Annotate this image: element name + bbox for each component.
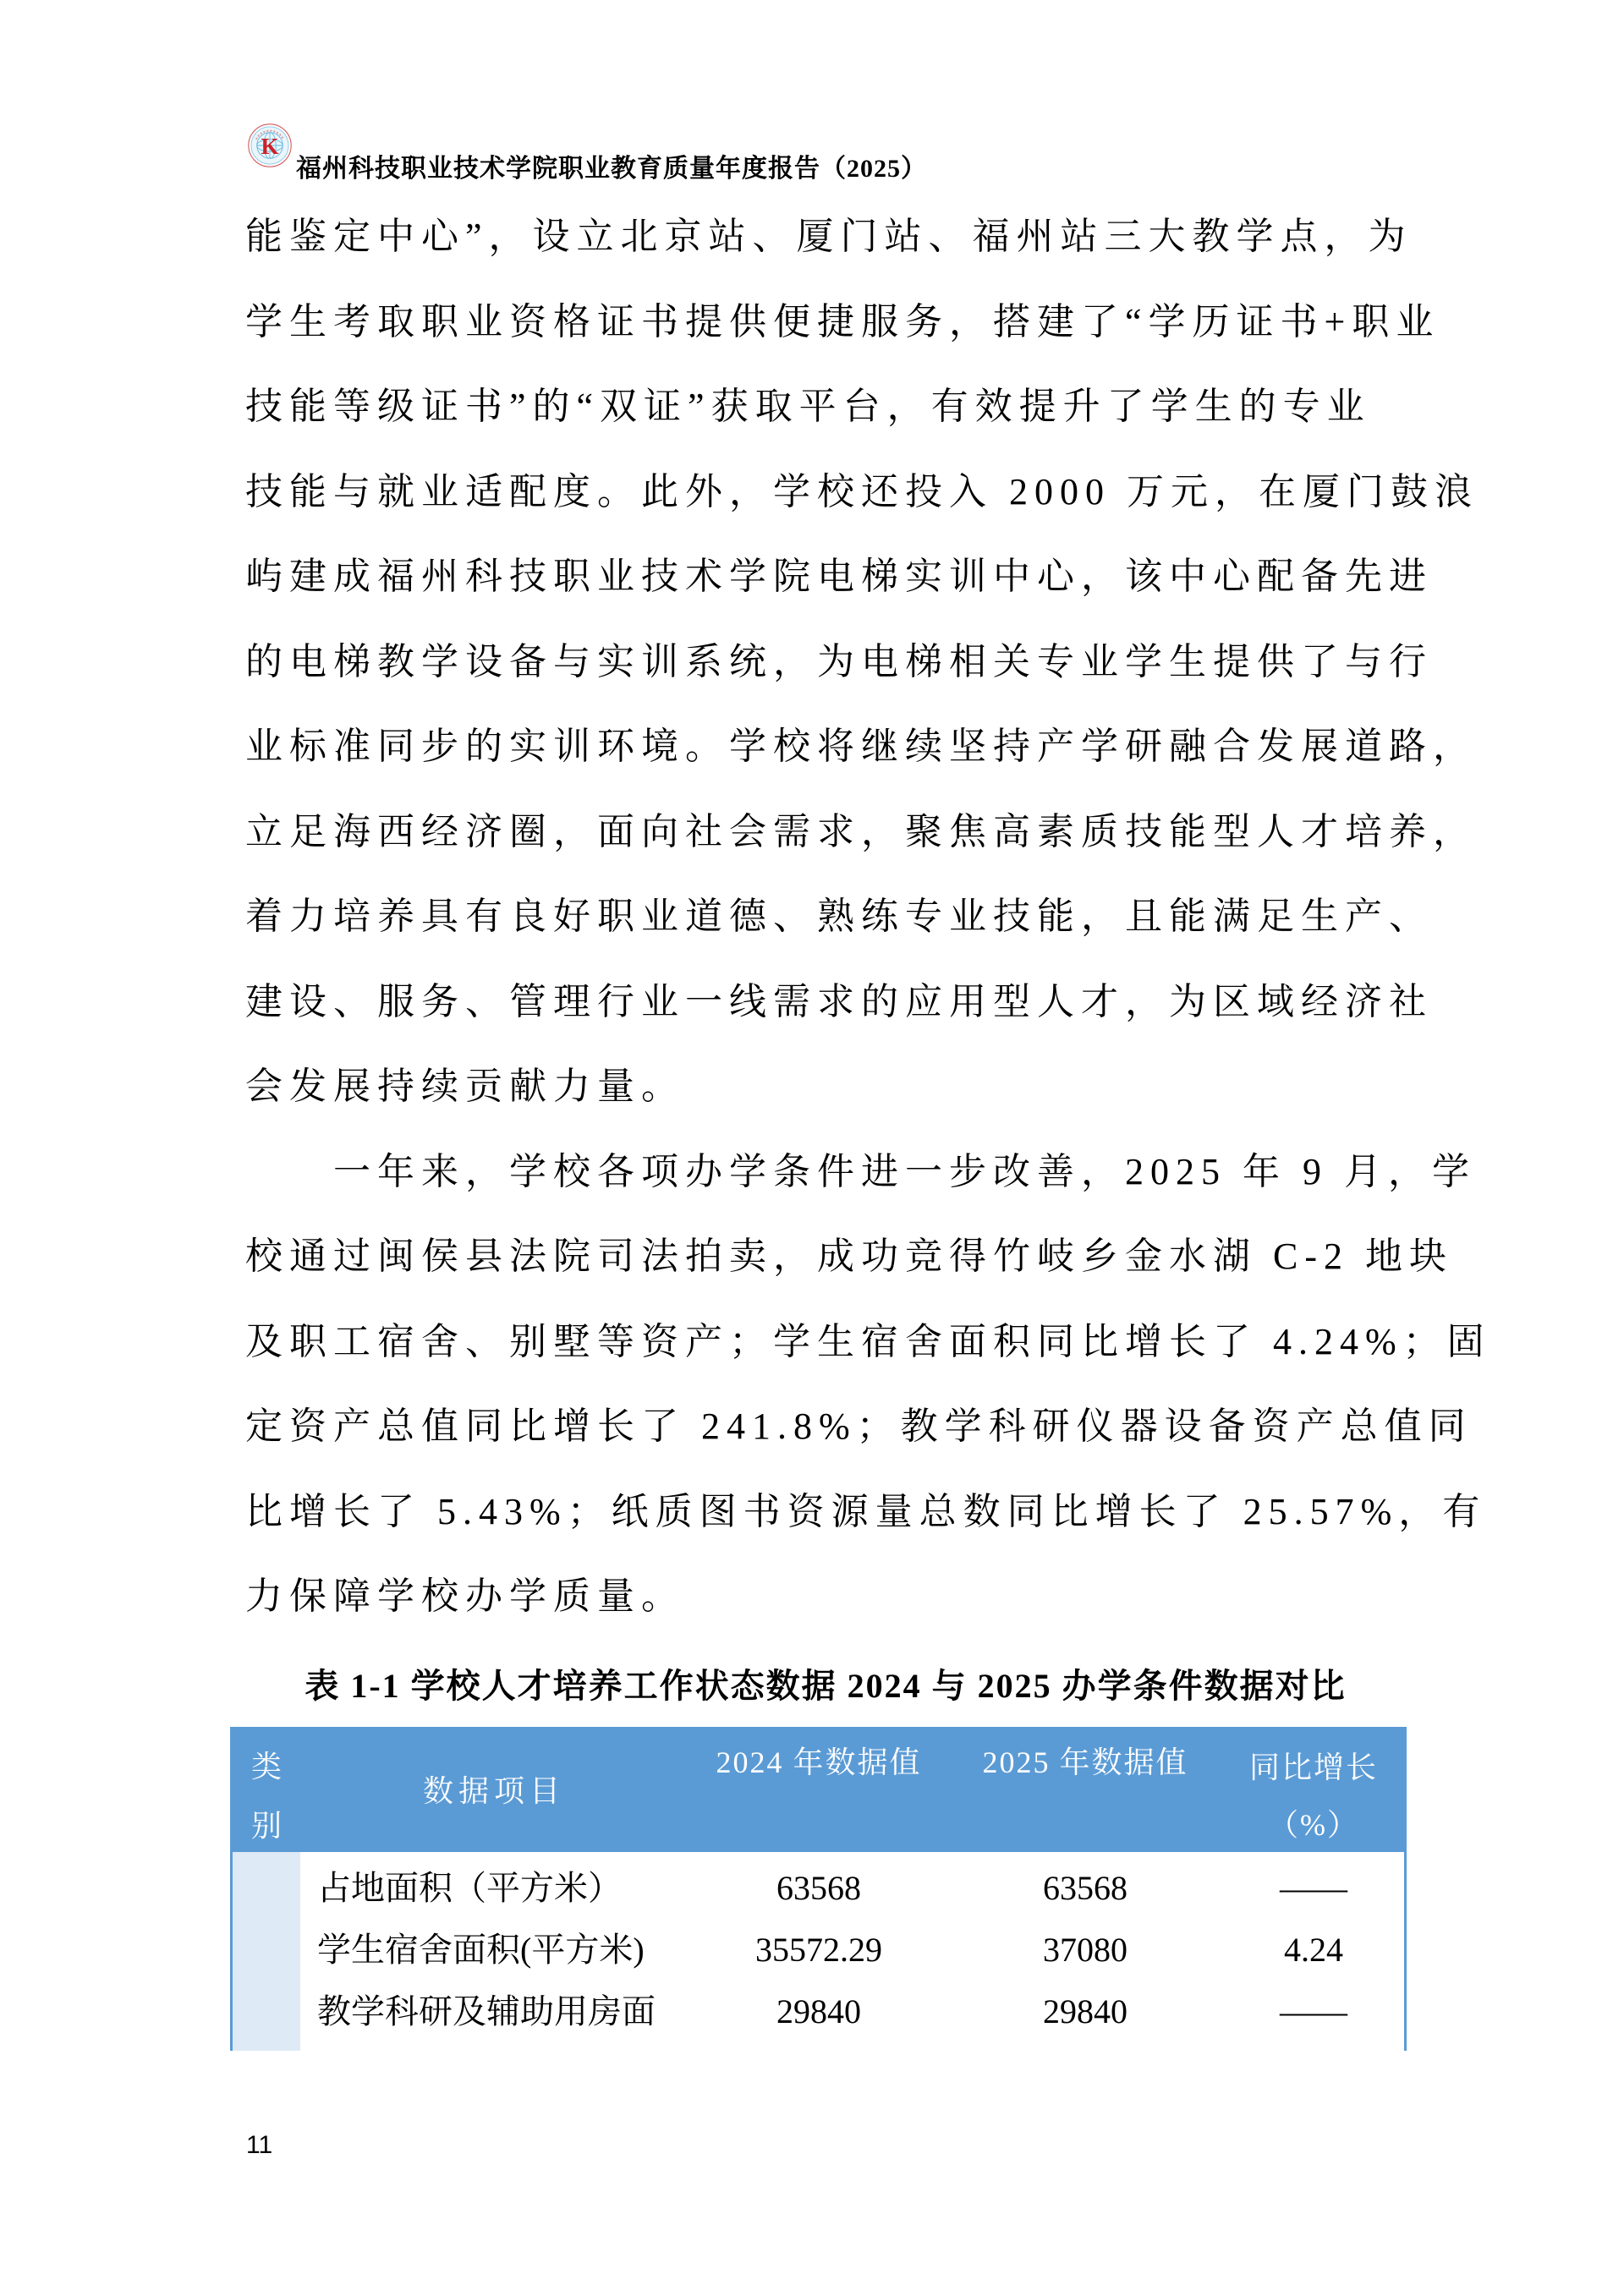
table-header-category-line2: 别 [233, 1796, 300, 1855]
body-line: 校通过闽侯县法院司法拍卖，成功竞得竹岐乡金水湖 C-2 地块 [245, 1214, 1406, 1300]
table-header-row: 类 别 数据项目 2024 年数据值 2025 年数据值 同比增长 （%） [233, 1727, 1404, 1852]
body-line: 及职工宿舍、别墅等资产；学生宿舍面积同比增长了 4.24%；固 [245, 1300, 1406, 1385]
body-line: 能鉴定中心”，设立北京站、厦门站、福州站三大教学点，为 [245, 195, 1406, 280]
table-row: 学生宿舍面积(平方米) 35572.29 37080 4.24 [233, 1919, 1404, 1981]
body-line: 业标准同步的实训环境。学校将继续坚持产学研融合发展道路， [245, 704, 1406, 790]
document-page: K 福州科技职业技术学院职业教育质量年度报告（2025） 能鉴定中心”，设立北京… [0, 0, 1624, 2296]
school-logo-icon: K [247, 123, 293, 168]
table-header-growth-line2: （%） [1221, 1796, 1407, 1854]
cell-2025: 29840 [950, 1981, 1221, 2042]
cell-2025: 63568 [950, 1857, 1221, 1919]
body-line: 的电梯教学设备与实训系统，为电梯相关专业学生提供了与行 [245, 620, 1406, 705]
table-header-category-line1: 类 [233, 1737, 300, 1796]
body-line: 比增长了 5.43%；纸质图书资源量总数同比增长了 25.57%，有 [245, 1470, 1406, 1555]
body-line: 会发展持续贡献力量。 [245, 1044, 1406, 1130]
table-header-category: 类 别 [233, 1727, 300, 1852]
table-header-2025: 2025 年数据值 [950, 1727, 1221, 1852]
cell-item: 占地面积（平方米） [300, 1857, 688, 1919]
body-line: 定资产总值同比增长了 241.8%；教学科研仪器设备资产总值同 [245, 1384, 1406, 1470]
table-header-growth-line1: 同比增长 [1221, 1739, 1407, 1796]
body-line: 立足海西经济圈，面向社会需求，聚焦高素质技能型人才培养， [245, 790, 1406, 875]
cell-2025: 37080 [950, 1919, 1221, 1981]
cell-item: 学生宿舍面积(平方米) [300, 1919, 688, 1981]
body-text: 能鉴定中心”，设立北京站、厦门站、福州站三大教学点，为 学生考取职业资格证书提供… [245, 195, 1406, 1640]
page-header: K 福州科技职业技术学院职业教育质量年度报告（2025） [0, 0, 1624, 195]
table-header-item: 数据项目 [300, 1727, 688, 1852]
logo-letter: K [261, 134, 278, 159]
table-header-2024: 2024 年数据值 [688, 1727, 950, 1852]
report-header-title: 福州科技职业技术学院职业教育质量年度报告（2025） [296, 147, 927, 184]
cell-2024: 35572.29 [688, 1919, 950, 1981]
cell-growth: —— [1221, 1857, 1407, 1919]
table-header-growth: 同比增长 （%） [1221, 1727, 1407, 1852]
table-row: 占地面积（平方米） 63568 63568 —— [233, 1857, 1404, 1919]
page-number: 11 [246, 2131, 272, 2160]
table-row: 教学科研及辅助用房面 29840 29840 —— [233, 1981, 1404, 2042]
cell-item: 教学科研及辅助用房面 [300, 1981, 688, 2042]
cell-growth: 4.24 [1221, 1919, 1407, 1981]
table-caption: 表 1-1 学校人才培养工作状态数据 2024 与 2025 办学条件数据对比 [245, 1659, 1406, 1707]
table-body: 占地面积（平方米） 63568 63568 —— 学生宿舍面积(平方米) 355… [233, 1852, 1404, 2051]
body-line: 学生考取职业资格证书提供便捷服务，搭建了“学历证书+职业 [245, 280, 1406, 365]
body-line: 屿建成福州科技职业技术学院电梯实训中心，该中心配备先进 [245, 534, 1406, 620]
body-line: 技能等级证书”的“双证”获取平台，有效提升了学生的专业 [245, 364, 1406, 450]
body-line: 技能与就业适配度。此外，学校还投入 2000 万元，在厦门鼓浪 [245, 450, 1406, 535]
cell-2024: 63568 [688, 1857, 950, 1919]
body-line: 着力培养具有良好职业道德、熟练专业技能，且能满足生产、 [245, 874, 1406, 960]
body-line: 力保障学校办学质量。 [245, 1554, 1406, 1640]
conditions-comparison-table: 类 别 数据项目 2024 年数据值 2025 年数据值 同比增长 （%） 占地… [230, 1727, 1407, 2051]
cell-growth: —— [1221, 1981, 1407, 2042]
body-line-paragraph-start: 一年来，学校各项办学条件进一步改善，2025 年 9 月，学 [245, 1130, 1406, 1215]
body-line: 建设、服务、管理行业一线需求的应用型人才，为区域经济社 [245, 960, 1406, 1045]
cell-2024: 29840 [688, 1981, 950, 2042]
